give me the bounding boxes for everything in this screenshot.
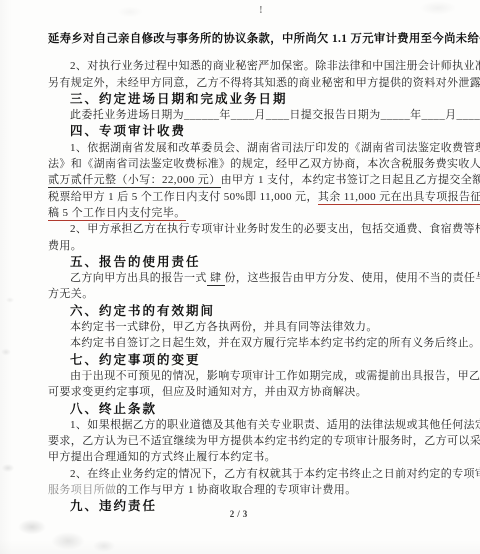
underlined-filled-blank: 肆 [207, 272, 225, 286]
contract-line: 甲方提出合理通知的方式终止履行本约定书。 [48, 449, 460, 465]
contract-line: 本约定书自签订之日起生效，并在双方履行完毕本约定书约定的所有义务后终止。 [48, 335, 460, 351]
payment-terms-line: 税票给甲方 1 后 5 个工作日内支付 50%即 11,000 元，其余 11,… [48, 189, 460, 205]
faded-text-segment: 服务项目所做 [48, 484, 116, 496]
contract-line: 方无关。 [48, 286, 460, 302]
annotation-unpaid-fee-line: 延寿乡对自己亲自修改与事务所的协议条款，中所尚欠 1.1 万元审计费用至今尚未给… [48, 31, 460, 47]
payment-terms-continuation-line: 稿 5 个工作日内支付完毕。 [48, 205, 460, 221]
line-segment: 份，这些报告由甲方分发、使用，使用不当的责任与乙 [225, 272, 480, 284]
contract-line: 另有规定外，未经甲方同意，乙方不得将其知悉的商业秘密和甲方提供的资料对外泄露。 [48, 75, 460, 91]
contract-line: 2、甲方承担乙方在执行专项审计业务时发生的必要支出，包括交通费、食宿费等相关 [48, 221, 460, 237]
contract-line: 要求，乙方认为已不适宜继续为甲方提供本约定书约定的专项审计服务时，乙方可以采用向 [48, 433, 460, 449]
stray-mark: ! [259, 4, 263, 16]
contract-line: 2、在终止业务约定的情况下，乙方有权就其于本约定书终止之日前对约定的专项审计 [48, 466, 460, 482]
section-heading-3: 三、约定进场日期和完成业务日期 [48, 91, 460, 107]
line-segment: 的工作与甲方 1 协商收取合理的专项审计费用。 [116, 484, 356, 496]
section-heading-7: 七、约定事项的变更 [48, 352, 460, 368]
contract-line: 由于出现不可预见的情况，影响专项审计工作如期完成，或需提前出具报告，甲乙双方 [48, 368, 460, 384]
report-copies-line: 乙方向甲方出具的报告一式 肆 份，这些报告由甲方分发、使用，使用不当的责任与乙 [48, 270, 460, 286]
contract-line: 法》和《湖南省司法鉴定收费标准》的规定，经甲乙双方协商，本次含税服务费实收人民币 [48, 156, 460, 172]
faded-scan-line: 服务项目所做的工作与甲方 1 协商收取合理的专项审计费用。 [48, 482, 460, 498]
red-underlined-text: 稿 5 个工作日内支付完毕。 [48, 207, 186, 221]
scanned-contract-page: ! 延寿乡对自己亲自修改与事务所的协议条款，中所尚欠 1.1 万元审计费用至今尚… [0, 0, 480, 554]
section-heading-5: 五、报告的使用责任 [48, 254, 460, 270]
contract-line: 1、依据湖南省发展和改革委员会、湖南省司法厅印发的《湖南省司法鉴定收费管理办 [48, 140, 460, 156]
line-segment: 乙方向甲方出具的报告一式 [70, 272, 207, 284]
contract-line: 本约定书一式肆份，甲乙方各执两份，并具有同等法律效力。 [48, 319, 460, 335]
contract-line: 可要求变更约定事项，但应及时通知对方，并由双方协商解决。 [48, 384, 460, 400]
red-underlined-text: 其余 11,000 元在出具专项报告征求意见 [318, 191, 480, 205]
contract-body: 延寿乡对自己亲自修改与事务所的协议条款，中所尚欠 1.1 万元审计费用至今尚未给… [48, 31, 460, 515]
contract-line: 费用。 [48, 238, 460, 254]
fee-amount-line: 贰万贰仟元整（小写：22,000 元）由甲方 1 支付，本约定书签订之日起且乙方… [48, 172, 460, 188]
line-segment: 由甲方 1 支付，本约定书签订之日起且乙方提交全额有效 [221, 174, 480, 186]
section-heading-4: 四、专项审计收费 [48, 123, 460, 139]
page-number: 2/3 [0, 509, 480, 519]
line-segment: 税票给甲方 1 后 5 个工作日内支付 50%即 11,000 元， [48, 191, 318, 203]
contract-line: 2、对执行业务过程中知悉的商业秘密严加保密。除非法律和中国注册会计师执业准则 [48, 58, 460, 74]
section-heading-6: 六、约定书的有效期间 [48, 303, 460, 319]
underlined-amount-text: 贰万贰仟元整（小写：22,000 元） [48, 174, 221, 188]
section-heading-8: 八、终止条款 [48, 401, 460, 417]
date-blanks-line: 此委托业务进场日期为______年____月____日提交报告日期为_____年… [48, 107, 460, 123]
contract-line: 1、如果根据乙方的职业道德及其他有关专业职责、适用的法律法规或其他任何法定的 [48, 417, 460, 433]
